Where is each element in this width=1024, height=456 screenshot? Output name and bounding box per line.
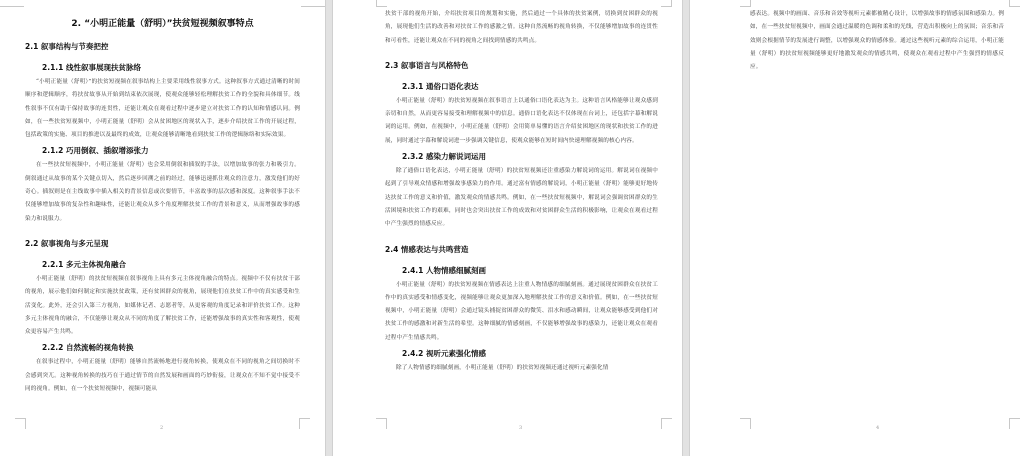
corner-mark-bottom-left bbox=[376, 418, 387, 429]
corner-mark-top-left bbox=[740, 0, 751, 7]
paragraph: 小明正能量（舒明）的扶贫短视频在情感表达上注重人物情感的细腻刻画。通过展现贫困群… bbox=[385, 279, 658, 345]
document-page-3[interactable]: 扶贫干部的视角开始，介绍扶贫项目的规划和实施，然后通过一个具体的扶贫案例，切换到… bbox=[333, 0, 682, 456]
section-heading: 2.4 情感表达与共鸣营造 bbox=[385, 244, 658, 255]
paragraph: 除了人物情感的细腻刻画，小明正能量（舒明）的扶贫短视频还通过视听元素强化情 bbox=[385, 362, 658, 375]
section-heading: 2.1 叙事结构与节奏把控 bbox=[25, 41, 300, 52]
subsection-heading: 2.1.2 巧用倒叙、插叙增添张力 bbox=[42, 145, 300, 156]
subsection-heading: 2.2.2 自然流畅的视角转换 bbox=[42, 342, 300, 353]
page-content: 感表达。视频中的画面、音乐和音效等视听元素都被精心设计，以增强故事的情感氛围和感… bbox=[750, 8, 1004, 74]
page-content: 扶贫干部的视角开始，介绍扶贫项目的规划和实施，然后通过一个具体的扶贫案例，切换到… bbox=[385, 8, 658, 375]
section-heading: 2.3 叙事语言与风格特色 bbox=[385, 60, 658, 71]
page-number: 2 bbox=[160, 425, 163, 431]
subsection-heading: 2.3.1 通俗口语化表达 bbox=[402, 81, 658, 92]
subsection-heading: 2.3.2 感染力解说词运用 bbox=[402, 151, 658, 162]
paragraph-continued: 扶贫干部的视角开始，介绍扶贫项目的规划和实施，然后通过一个具体的扶贫案例，切换到… bbox=[385, 8, 658, 48]
corner-mark-top-right bbox=[661, 0, 672, 7]
corner-mark-top-right bbox=[1009, 0, 1020, 7]
corner-mark-top-left bbox=[0, 0, 24, 7]
corner-mark-top-left bbox=[376, 0, 387, 7]
paragraph: 除了通俗口语化表达，小明正能量（舒明）的扶贫短视频还注重感染力解说词的运用。解说… bbox=[385, 165, 658, 231]
subsection-heading: 2.1.1 线性叙事展现扶贫脉络 bbox=[42, 62, 300, 73]
subsection-heading: 2.2.1 多元主体视角融合 bbox=[42, 259, 300, 270]
page-number: 4 bbox=[876, 425, 879, 431]
section-heading: 2.2 叙事视角与多元呈现 bbox=[25, 238, 300, 249]
corner-mark-bottom-left bbox=[15, 418, 26, 429]
page-content: 2. “小明正能量（舒明）”扶贫短视频叙事特点 2.1 叙事结构与节奏把控 2.… bbox=[25, 14, 300, 396]
corner-mark-bottom-right bbox=[661, 418, 672, 429]
page-number: 3 bbox=[519, 425, 522, 431]
corner-mark-bottom-left bbox=[740, 418, 751, 429]
page-gap bbox=[325, 0, 333, 456]
corner-mark-bottom-right bbox=[1009, 418, 1020, 429]
subsection-heading: 2.4.1 人物情感细腻刻画 bbox=[402, 265, 658, 276]
corner-mark-bottom-right bbox=[299, 418, 310, 429]
paragraph: “小明正能量（舒明）”的扶贫短视频在叙事结构上主要采用线性叙事方式。这种叙事方式… bbox=[25, 76, 300, 142]
paragraph: 在叙事过程中，小明正能量（舒明）能够自然流畅地进行视角转换，使观众在不同的视角之… bbox=[25, 356, 300, 396]
subsection-heading: 2.4.2 视听元素强化情感 bbox=[402, 348, 658, 359]
paragraph: 在一些扶贫短视频中，小明正能量（舒明）也会采用倒叙和插叙的手法，以增加故事的张力… bbox=[25, 159, 300, 225]
paragraph: 小明正能量（舒明）的扶贫短视频在叙事视角上具有多元主体视角融合的特点。视频中不仅… bbox=[25, 273, 300, 339]
paragraph: 小明正能量（舒明）的扶贫短视频在叙事语言上以通俗口语化表达为主。这种语言风格能够… bbox=[385, 95, 658, 148]
document-page-2[interactable]: 2. “小明正能量（舒明）”扶贫短视频叙事特点 2.1 叙事结构与节奏把控 2.… bbox=[0, 0, 325, 456]
page-gap bbox=[682, 0, 690, 456]
paragraph-continued: 感表达。视频中的画面、音乐和音效等视听元素都被精心设计，以增强故事的情感氛围和感… bbox=[750, 8, 1004, 74]
document-page-4[interactable]: 感表达。视频中的画面、音乐和音效等视听元素都被精心设计，以增强故事的情感氛围和感… bbox=[690, 0, 1024, 456]
chapter-heading: 2. “小明正能量（舒明）”扶贫短视频叙事特点 bbox=[25, 16, 300, 29]
corner-mark-top-right bbox=[301, 0, 325, 7]
